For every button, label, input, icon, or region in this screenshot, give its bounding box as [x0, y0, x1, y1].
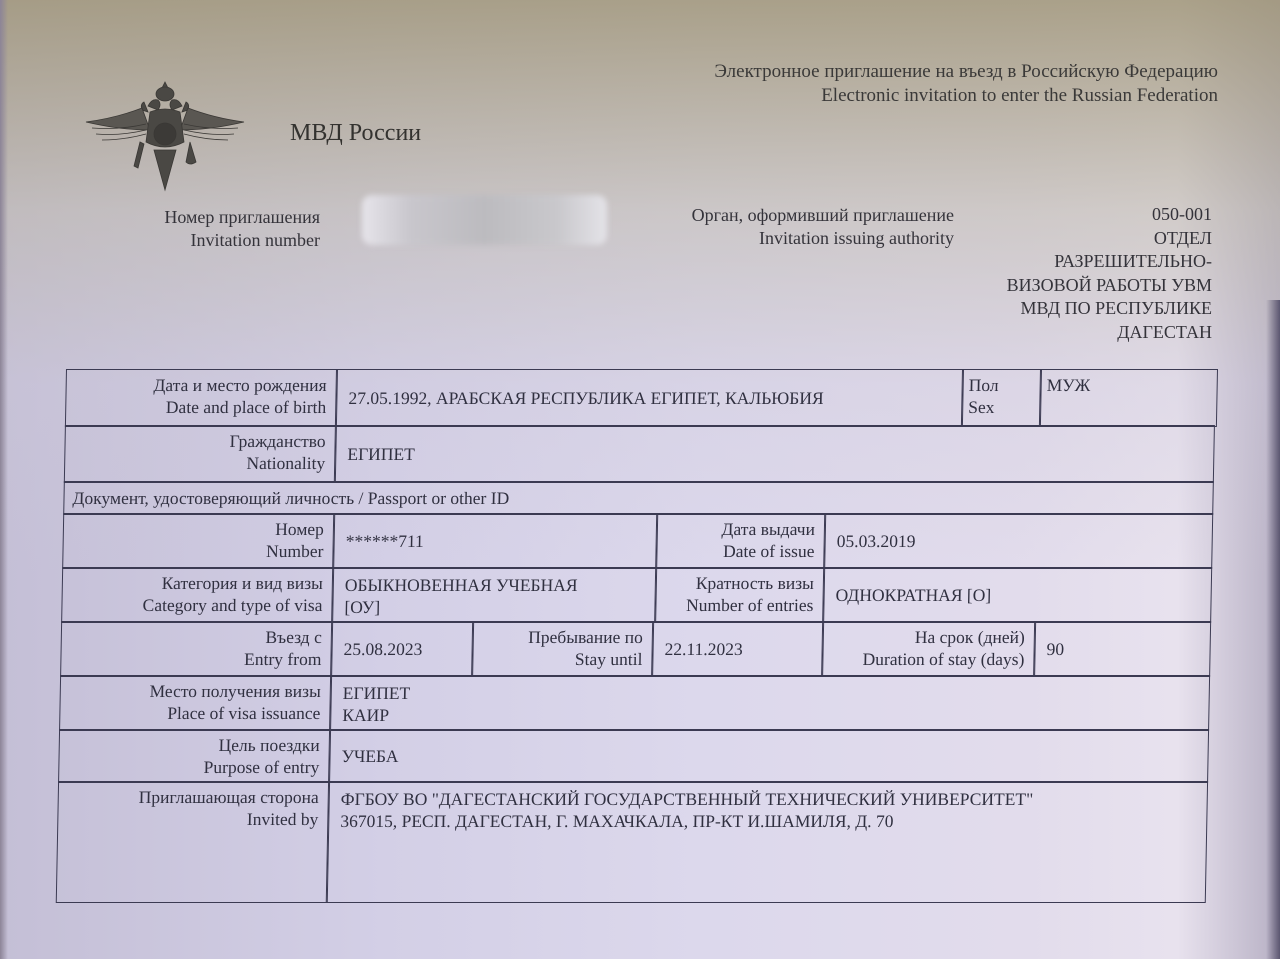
- inviter-address: 367015, РЕСП. ДАГЕСТАН, Г. МАХАЧКАЛА, ПР…: [340, 810, 1194, 832]
- organization-name: МВД России: [290, 120, 421, 147]
- stay-until-label-en: Stay until: [476, 648, 642, 670]
- authority-line: ДАГЕСТАН: [960, 321, 1212, 345]
- sex-label-ru: Пол: [968, 374, 1034, 396]
- duration-label: На срок (дней) Duration of stay (days): [821, 621, 1036, 677]
- entry-from-label-ru: Въезд с: [66, 626, 322, 648]
- mvd-emblem-icon: [84, 80, 246, 192]
- invitation-number-label-en: Invitation number: [100, 229, 320, 252]
- purpose-value-text: УЧЕБА: [341, 745, 1195, 767]
- invitation-form-table: Дата и место рождения Date and place of …: [56, 369, 1218, 909]
- document-title-en: Electronic invitation to enter the Russi…: [714, 84, 1218, 108]
- entries-label: Кратность визы Number of entries: [654, 567, 825, 623]
- inviter-value: ФГБОУ ВО "ДАГЕСТАНСКИЙ ГОСУДАРСТВЕННЫЙ Т…: [326, 781, 1208, 903]
- id-section-header: Документ, удостоверяющий личность / Pass…: [63, 481, 1214, 515]
- nationality-label: Гражданство Nationality: [64, 425, 337, 483]
- entry-from-value: 25.08.2023: [330, 621, 474, 677]
- visa-place-label-ru: Место получения визы: [65, 680, 321, 702]
- id-section-title: Документ, удостоверяющий личность / Pass…: [72, 487, 1202, 509]
- stay-until-label-ru: Пребывание по: [477, 626, 643, 648]
- nationality-value: ЕГИПЕТ: [334, 425, 1215, 483]
- visa-category-label-ru: Категория и вид визы: [67, 572, 323, 594]
- photo-edge-left: [0, 0, 8, 959]
- entry-from-value-text: 25.08.2023: [343, 638, 460, 660]
- document-title-ru: Электронное приглашение на въезд в Росси…: [714, 60, 1218, 84]
- sex-value-text: МУЖ: [1046, 374, 1210, 396]
- inviter-label-en: Invited by: [62, 808, 318, 830]
- birth-label-ru: Дата и место рождения: [70, 374, 326, 396]
- photo-edge-right: [1266, 300, 1280, 959]
- birth-value-text: 27.05.1992, АРАБСКАЯ РЕСПУБЛИКА ЕГИПЕТ, …: [348, 387, 950, 409]
- doc-number-label-en: Number: [67, 540, 323, 562]
- visa-category-value-line: ОБЫКНОВЕННАЯ УЧЕБНАЯ: [345, 574, 644, 596]
- visa-category-label: Категория и вид визы Category and type o…: [61, 567, 334, 623]
- stay-until-value-text: 22.11.2023: [664, 638, 810, 660]
- authority-line: МВД ПО РЕСПУБЛИКЕ: [960, 297, 1212, 321]
- inviter-name: ФГБОУ ВО "ДАГЕСТАНСКИЙ ГОСУДАРСТВЕННЫЙ Т…: [341, 788, 1195, 810]
- doc-number-value: ******711: [332, 513, 658, 569]
- authority-line: РАЗРЕШИТЕЛЬНО-: [960, 250, 1212, 274]
- issue-date-label: Дата выдачи Date of issue: [655, 513, 826, 569]
- doc-number-label: Номер Number: [62, 513, 335, 569]
- birth-label: Дата и место рождения Date and place of …: [65, 369, 338, 427]
- nationality-label-ru: Гражданство: [69, 430, 325, 452]
- purpose-label-en: Purpose of entry: [63, 756, 319, 778]
- issue-date-label-ru: Дата выдачи: [661, 518, 815, 540]
- purpose-value: УЧЕБА: [328, 729, 1209, 783]
- entry-from-label: Въезд с Entry from: [60, 621, 333, 677]
- authority-line: ОТДЕЛ: [960, 227, 1212, 251]
- visa-category-label-en: Category and type of visa: [66, 594, 322, 616]
- purpose-label-ru: Цель поездки: [64, 734, 320, 756]
- issuing-authority-label-ru: Орган, оформивший приглашение: [600, 204, 954, 227]
- issuing-authority-label-en: Invitation issuing authority: [600, 227, 954, 250]
- sex-value: МУЖ: [1039, 369, 1218, 427]
- entries-label-en: Number of entries: [659, 594, 813, 616]
- issue-date-value: 05.03.2019: [823, 513, 1213, 569]
- issuing-authority-value: 050-001 ОТДЕЛ РАЗРЕШИТЕЛЬНО- ВИЗОВОЙ РАБ…: [960, 203, 1212, 344]
- duration-label-en: Duration of stay (days): [826, 648, 1024, 670]
- invitation-number-redacted: [362, 195, 607, 245]
- nationality-value-text: ЕГИПЕТ: [347, 443, 1201, 465]
- visa-category-value-line: [ОУ]: [344, 596, 643, 618]
- entries-label-ru: Кратность визы: [660, 572, 814, 594]
- invitation-number-label: Номер приглашения Invitation number: [100, 206, 320, 252]
- sex-label: Пол Sex: [961, 369, 1042, 427]
- visa-place-value-line: КАИР: [342, 704, 1196, 726]
- duration-value-text: 90: [1046, 638, 1197, 660]
- sex-label-en: Sex: [968, 396, 1034, 418]
- birth-value: 27.05.1992, АРАБСКАЯ РЕСПУБЛИКА ЕГИПЕТ, …: [335, 369, 964, 427]
- nationality-label-en: Nationality: [69, 452, 325, 474]
- authority-line: 050-001: [960, 203, 1212, 227]
- birth-label-en: Date and place of birth: [70, 396, 326, 418]
- visa-place-label: Место получения визы Place of visa issua…: [59, 675, 332, 731]
- visa-place-label-en: Place of visa issuance: [64, 702, 320, 724]
- entry-from-label-en: Entry from: [65, 648, 321, 670]
- authority-line: ВИЗОВОЙ РАБОТЫ УВМ: [960, 274, 1212, 298]
- entries-value-text: ОДНОКРАТНАЯ [О]: [835, 584, 1198, 606]
- inviter-label-ru: Приглашающая сторона: [63, 786, 319, 808]
- entries-value: ОДНОКРАТНАЯ [О]: [822, 567, 1212, 623]
- visa-category-value: ОБЫКНОВЕННАЯ УЧЕБНАЯ [ОУ]: [331, 567, 657, 623]
- visa-place-value: ЕГИПЕТ КАИР: [329, 675, 1210, 731]
- invitation-number-label-ru: Номер приглашения: [100, 206, 320, 229]
- issue-date-label-en: Date of issue: [660, 540, 814, 562]
- inviter-label: Приглашающая сторона Invited by: [56, 781, 330, 903]
- issue-date-value-text: 05.03.2019: [836, 530, 1199, 552]
- issuing-authority-label: Орган, оформивший приглашение Invitation…: [600, 204, 954, 250]
- stay-until-value: 22.11.2023: [651, 621, 824, 677]
- document-title: Электронное приглашение на въезд в Росси…: [714, 60, 1218, 108]
- purpose-label: Цель поездки Purpose of entry: [58, 729, 331, 783]
- doc-number-value-text: ******711: [345, 530, 644, 552]
- doc-number-label-ru: Номер: [68, 518, 324, 540]
- duration-value: 90: [1033, 621, 1211, 677]
- visa-place-value-line: ЕГИПЕТ: [343, 682, 1197, 704]
- stay-until-label: Пребывание по Stay until: [471, 621, 654, 677]
- duration-label-ru: На срок (дней): [827, 626, 1025, 648]
